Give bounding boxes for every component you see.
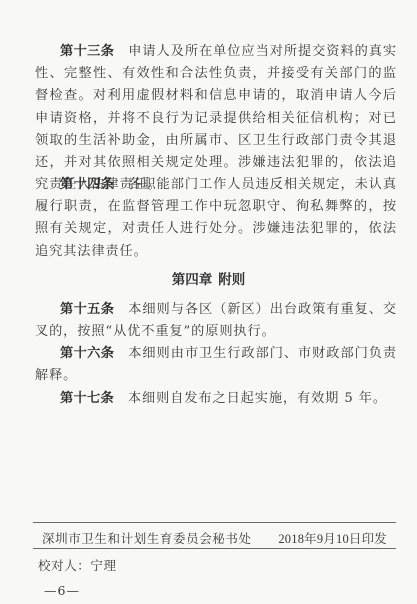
chapter-number: 第四章 — [172, 272, 213, 288]
footer-rule-bottom — [33, 548, 396, 549]
article-17: 第十七条本细则自发布之日起实施，有效期 5 年。 — [35, 388, 397, 410]
article-number: 第十四条 — [60, 177, 114, 192]
article-text: 申请人及所在单位应当对所提交资料的真实性、完整性、有效性和合法性负责，并接受有关… — [35, 44, 397, 192]
issue-date: 2018年9月10日印发 — [278, 529, 387, 547]
footer-rule-top — [33, 522, 396, 523]
article-text: 本细则自发布之日起实施，有效期 5 年。 — [128, 391, 387, 406]
proofreader: 校对人：宁理 — [38, 556, 117, 574]
article-number: 第十五条 — [60, 302, 114, 317]
document-page: 第十三条申请人及所在单位应当对所提交资料的真实性、完整性、有效性和合法性负责，并… — [0, 0, 417, 604]
article-15: 第十五条本细则与各区（新区）出台政策有重复、交叉的，按照“从优不重复”的原则执行… — [35, 299, 397, 343]
page-number: —6— — [44, 583, 80, 598]
chapter-title: 附则 — [218, 272, 245, 288]
article-16: 第十六条本细则由市卫生行政部门、市财政部门负责解释。 — [35, 343, 397, 387]
article-number: 第十三条 — [60, 44, 114, 59]
issuance-line: 深圳市卫生和计划生育委员会秘书处 2018年9月10日印发 — [42, 529, 387, 547]
article-number: 第十六条 — [60, 346, 114, 361]
article-14: 第十四条各职能部门工作人员违反相关规定，未认真履行职责，在监督管理工作中玩忽职守… — [35, 174, 397, 263]
issuer: 深圳市卫生和计划生育委员会秘书处 — [42, 529, 252, 547]
article-number: 第十七条 — [60, 391, 114, 406]
chapter-heading: 第四章附则 — [0, 268, 417, 288]
